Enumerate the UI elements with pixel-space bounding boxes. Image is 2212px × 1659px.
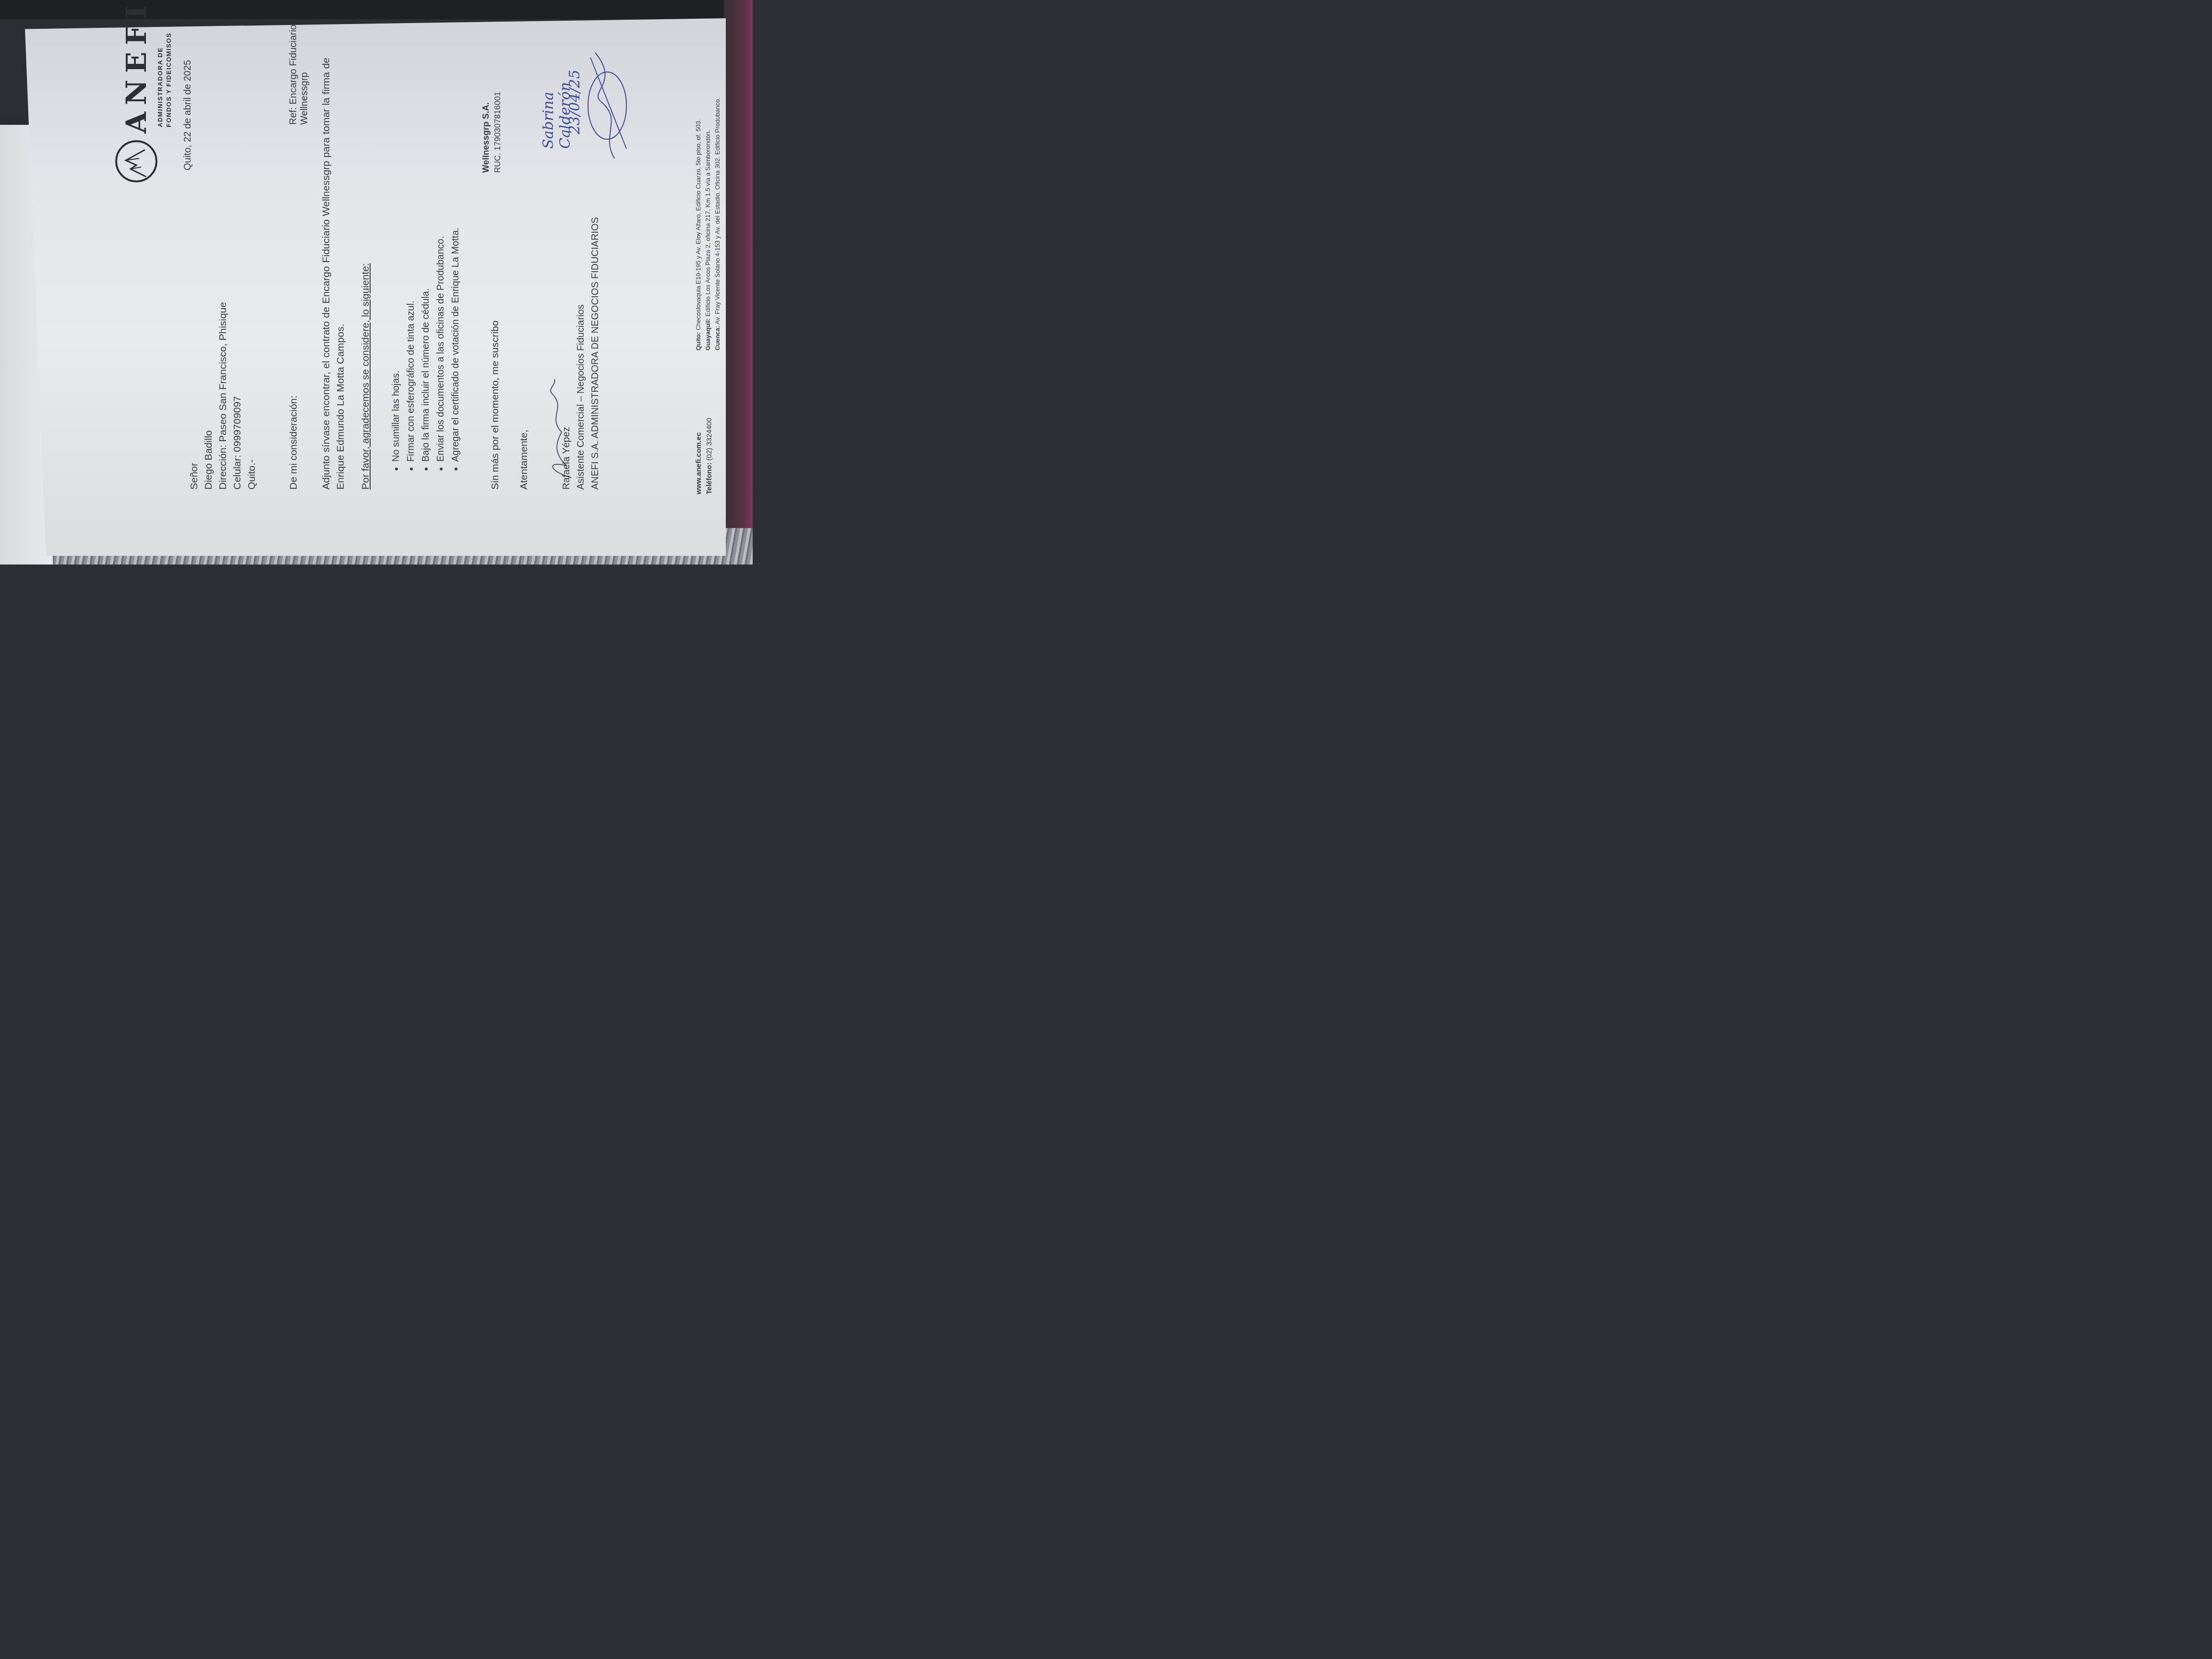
letter-date: Quito, 22 de abril de 2025 (182, 60, 193, 170)
background-dark-surface (0, 0, 753, 19)
counterparty-ruc: RUC. 1790307816001 (493, 92, 502, 173)
footer-offices: Quito: Checoslovaquia E10-195 y Av. Eloy… (694, 97, 722, 350)
footer-website: www.anefi.com.ec (694, 418, 704, 494)
footer-contact: www.anefi.com.ec Teléfono: (02) 3324400 (694, 418, 715, 494)
mountain-circle-icon (115, 140, 157, 182)
office-city: Quito: (695, 332, 702, 350)
recipient-block: Señor Diego Badillo Dirección: Paseo San… (187, 302, 259, 490)
recipient-title: Señor (187, 302, 202, 490)
request-heading: Por favor, agradecemos se considere, lo … (360, 263, 372, 490)
recipient-address: Dirección: Paseo San Francisco, Phisique (216, 302, 230, 490)
office-city: Cuenca: (714, 326, 721, 350)
recipient-name: Diego Badillo (202, 302, 216, 490)
counterparty-company: Wellnessgrp S.A. (481, 102, 491, 173)
instruction-item: Firmar con esferográfico de tinta azul. (404, 228, 419, 462)
recipient-city: Quito.- (245, 302, 259, 490)
signer-company: ANEFI S.A. ADMINISTRADORA DE NEGOCIOS FI… (588, 217, 602, 490)
footer-phone-number: (02) 3324400 (705, 418, 713, 460)
valediction: Atentamente, (518, 430, 530, 490)
recipient-phone: Celular: 0999709097 (230, 302, 245, 490)
letterhead-logo: ANEFI (115, 0, 157, 182)
brand-subtitle-line2: FONDOS Y FIDEICOMISOS (165, 33, 173, 127)
office-address: Av. Fray Vicente Solano 4-153 y Av. del … (714, 97, 721, 325)
office-line: Cuenca: Av. Fray Vicente Solano 4-153 y … (713, 97, 722, 350)
office-address: Checoslovaquia E10-195 y Av. Eloy Alfaro… (695, 120, 702, 331)
instruction-item: No sumillar las hojas. (389, 228, 404, 462)
instruction-item: Bajo la firma incluir el número de cédul… (419, 228, 433, 462)
instruction-item: Agregar el certificado de votación de En… (448, 228, 463, 462)
letter-content: ANEFI ADMINISTRADORA DE FONDOS Y FIDEICO… (58, 24, 739, 552)
counterparty-block: Wellnessgrp S.A. RUC. 1790307816001 (480, 92, 504, 173)
greeting: De mi consideración: (288, 396, 300, 490)
footer-phone-label: Teléfono: (705, 463, 713, 494)
closing-line: Sin más por el momento, me suscribo (490, 321, 501, 490)
signer-name: Rafaela Yépez (559, 217, 574, 490)
office-address: Edificio Los Arcos Plaza 2, oficina 217,… (704, 130, 711, 316)
signer-block: Rafaela Yépez Asistente Comercial – Nego… (559, 217, 602, 490)
signer-title: Asistente Comercial – Negocios Fiduciari… (574, 217, 588, 490)
brand-subtitle-line1: ADMINISTRADORA DE (156, 33, 165, 127)
reference-line: Ref: Encargo Fiduciario Wellnessgrp (288, 24, 310, 125)
instruction-item: Enviar los documentos a las oficinas de … (433, 228, 448, 462)
brand-name: ANEFI (122, 0, 150, 133)
office-city: Guayaquil: (704, 318, 711, 350)
office-line: Quito: Checoslovaquia E10-195 y Av. Eloy… (694, 97, 703, 350)
body-paragraph: Adjunto sírvase encontrar, el contrato d… (319, 58, 348, 490)
instruction-list: No sumillar las hojas. Firmar con esfero… (389, 228, 463, 475)
brand-subtitle: ADMINISTRADORA DE FONDOS Y FIDEICOMISOS (156, 33, 173, 127)
footer-phone: Teléfono: (02) 3324400 (704, 418, 715, 494)
counterparty-signature (581, 48, 634, 163)
office-line: Guayaquil: Edificio Los Arcos Plaza 2, o… (703, 97, 713, 350)
